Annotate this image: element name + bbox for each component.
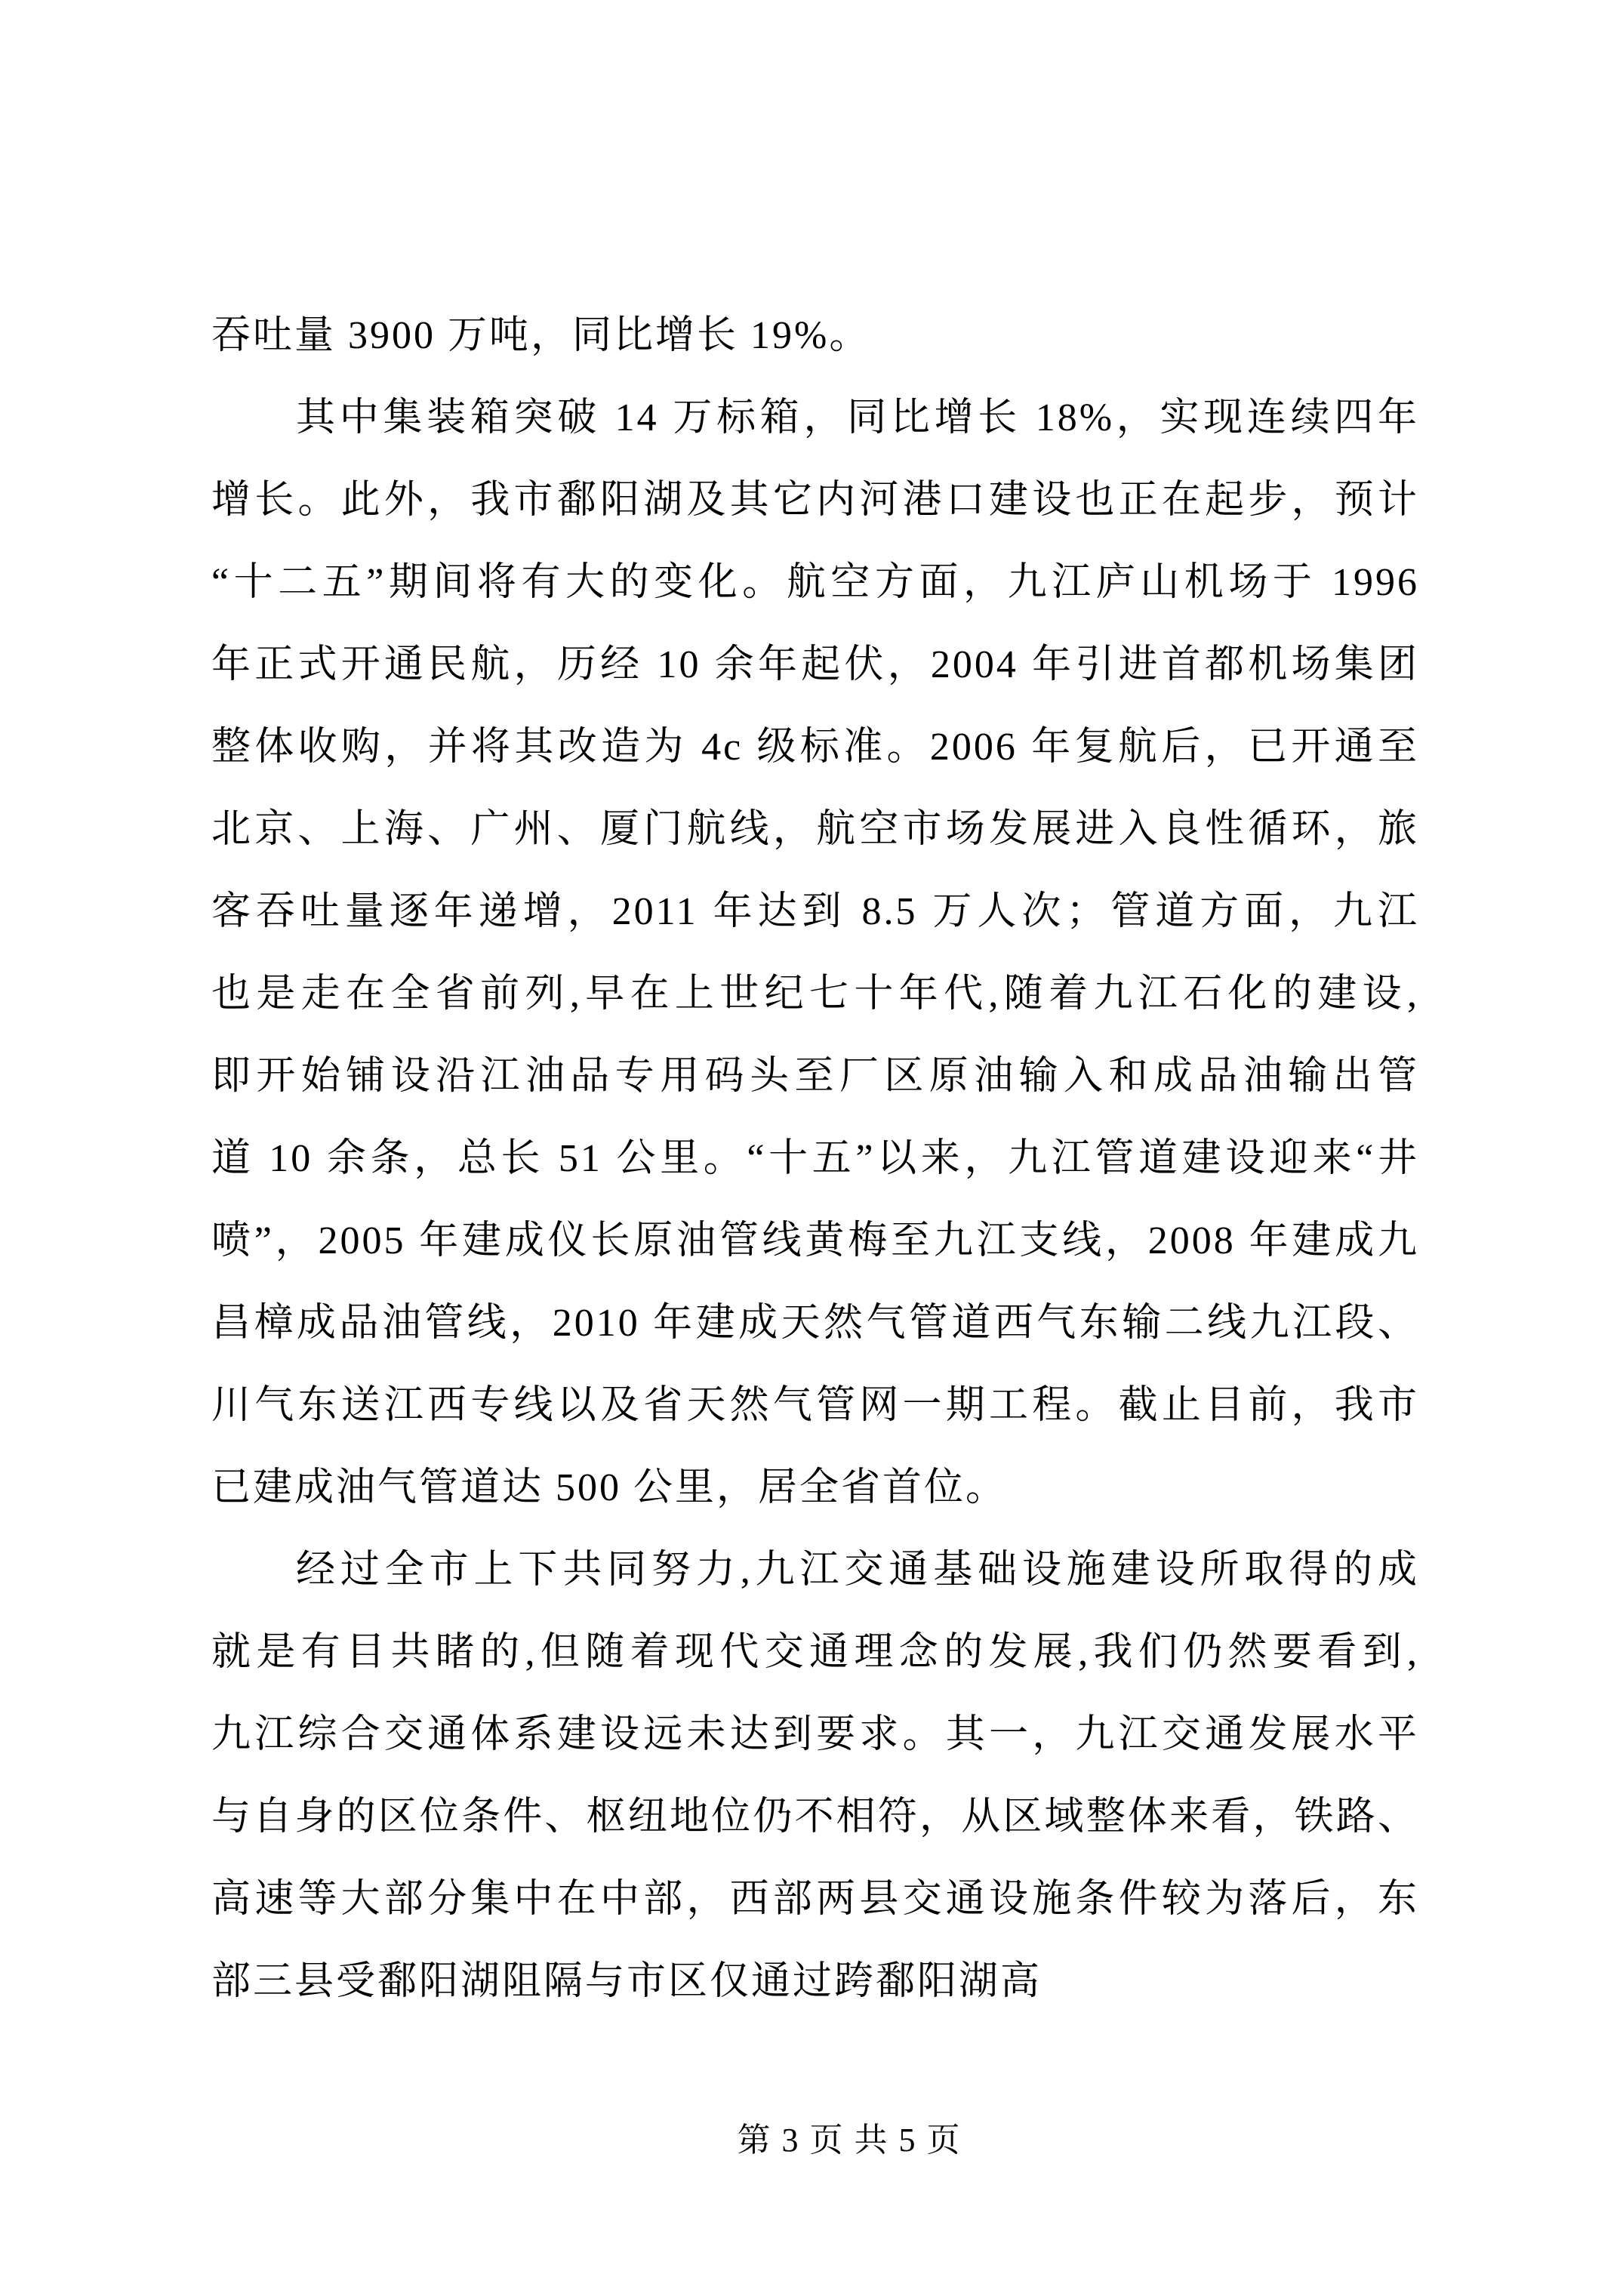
text-line-21: 部三县受鄱阳湖阻隔与市区仅通过跨鄱阳湖高 bbox=[211, 1940, 1419, 2023]
text-line-15: 已建成油气管道达 500 公里，居全省首位。 bbox=[211, 1447, 1419, 1529]
text-line-2: 其中集装箱突破 14 万标箱，同比增长 18%，实现连续四年 bbox=[211, 377, 1419, 459]
page-footer: 第 3 页 共 5 页 bbox=[38, 2114, 1623, 2167]
text-line-13: 昌樟成品油管线，2010 年建成天然气管道西气东输二线九江段、 bbox=[211, 1282, 1419, 1364]
text-line-12: 喷”，2005 年建成仪长原油管线黄梅至九江支线，2008 年建成九 bbox=[211, 1200, 1419, 1282]
text-line-14: 川气东送江西专线以及省天然气管网一期工程。截止目前，我市 bbox=[211, 1364, 1419, 1447]
text-line-4: “十二五”期间将有大的变化。航空方面，九江庐山机场于 1996 bbox=[211, 541, 1419, 624]
document-body: 吞吐量 3900 万吨，同比增长 19%。 其中集装箱突破 14 万标箱，同比增… bbox=[211, 294, 1419, 2023]
text-line-20: 高速等大部分集中在中部，西部两县交通设施条件较为落后，东 bbox=[211, 1858, 1419, 1940]
page-number-label: 第 3 页 共 5 页 bbox=[738, 2122, 962, 2159]
text-line-3: 增长。此外，我市鄱阳湖及其它内河港口建设也正在起步，预计 bbox=[211, 459, 1419, 541]
text-line-16: 经过全市上下共同努力,九江交通基础设施建设所取得的成 bbox=[211, 1529, 1419, 1611]
text-line-7: 北京、上海、广州、厦门航线，航空市场发展进入良性循环，旅 bbox=[211, 788, 1419, 871]
text-line-19: 与自身的区位条件、枢纽地位仍不相符，从区域整体来看，铁路、 bbox=[211, 1776, 1419, 1858]
text-line-9: 也是走在全省前列,早在上世纪七十年代,随着九江石化的建设, bbox=[211, 953, 1419, 1035]
text-line-18: 九江综合交通体系建设远未达到要求。其一，九江交通发展水平 bbox=[211, 1693, 1419, 1776]
document-page: 吞吐量 3900 万吨，同比增长 19%。 其中集装箱突破 14 万标箱，同比增… bbox=[0, 0, 1623, 2296]
text-line-17: 就是有目共睹的,但随着现代交通理念的发展,我们仍然要看到, bbox=[211, 1611, 1419, 1693]
text-line-8: 客吞吐量逐年递增，2011 年达到 8.5 万人次；管道方面，九江 bbox=[211, 871, 1419, 953]
text-line-6: 整体收购，并将其改造为 4c 级标准。2006 年复航后，已开通至 bbox=[211, 706, 1419, 788]
text-line-10: 即开始铺设沿江油品专用码头至厂区原油输入和成品油输出管 bbox=[211, 1035, 1419, 1117]
text-line-1: 吞吐量 3900 万吨，同比增长 19%。 bbox=[211, 294, 1419, 377]
text-line-11: 道 10 余条，总长 51 公里。“十五”以来，九江管道建设迎来“井 bbox=[211, 1117, 1419, 1200]
text-line-5: 年正式开通民航，历经 10 余年起伏，2004 年引进首都机场集团 bbox=[211, 624, 1419, 706]
